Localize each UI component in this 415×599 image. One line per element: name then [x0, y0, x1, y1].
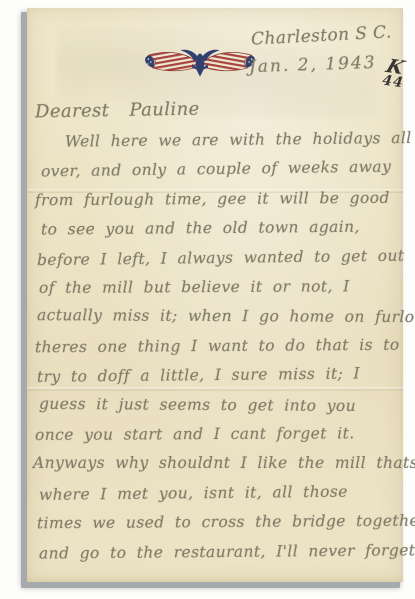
scan-background: { "letter": { "location": "Charleston S …: [0, 0, 415, 599]
catalog-mark: K 44: [375, 58, 413, 92]
body-line: before I left, I always wanted to get ou…: [33, 241, 399, 275]
body-line: actually miss it; when I go home on furl…: [33, 301, 399, 332]
body-line: guess it just seems to get into you: [33, 389, 399, 421]
body-line: from furlough time, gee it will be good: [33, 184, 399, 216]
salutation: Dearest Pauline: [35, 99, 200, 123]
letter-body: Well here we are with the holidays all o…: [33, 126, 399, 567]
body-line: and go to the restaurant, I'll never for…: [33, 536, 399, 569]
letter-paper: Charleston S C. Jan. 2, 1943 K 44 Deares…: [27, 8, 403, 582]
eagle-flags-emblem-icon: [141, 42, 259, 84]
body-line: once you start and I cant forget it.: [33, 419, 399, 450]
body-line: times we used to cross the bridge togeth…: [33, 507, 399, 539]
body-line: theres one thing I want to do that is to: [33, 331, 399, 363]
body-line: where I met you, isnt it, all those: [33, 477, 399, 510]
body-line: of the mill but believe it or not, I: [33, 272, 399, 303]
body-line: Anyways why shouldnt I like the mill tha…: [33, 449, 399, 478]
body-line: to see you and the old town again,: [33, 213, 399, 246]
body-line: over, and only a couple of weeks away: [33, 153, 399, 188]
body-line: try to doff a little, I sure miss it; I: [33, 359, 399, 392]
